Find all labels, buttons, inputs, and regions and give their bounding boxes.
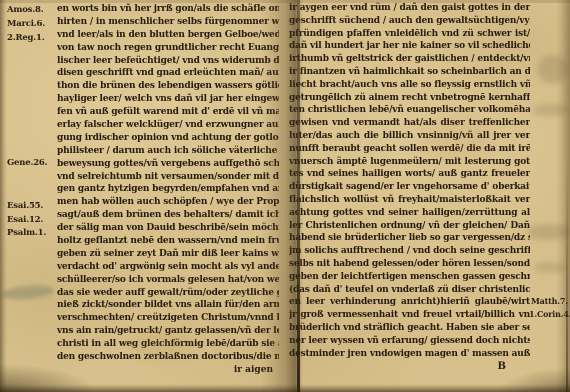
text-line: ir aygen eer vnd rüm / dañ den gaist got…	[289, 2, 530, 15]
text-line: en worts bin vñ her jrrß gon/als die sch…	[57, 3, 279, 16]
text-line: sagt/auß dem brünen des behalters/ damit…	[57, 209, 279, 222]
text-line: der sälig man von Dauid beschribē/sein m…	[57, 222, 279, 235]
text-line: irthumb vñ geltstrick der gaistlichen / …	[289, 53, 530, 66]
text-line: dañ vil hundert jar her nie kainer so vi…	[289, 40, 530, 53]
text-line: vnuersch ämptē lugenmeülern/ mit lesteru…	[289, 156, 530, 169]
text-line: holtz geflantzt nebē den wassern/vnd mei…	[57, 235, 279, 248]
page-edge-left	[0, 0, 7, 392]
text-line: vnd selreichtumb nit versaumen/sonder mi…	[57, 171, 279, 184]
text-line: destminder jren vndowigen magen d' masse…	[289, 348, 530, 361]
margin-note-reg: 2.Reg.1.	[7, 33, 45, 43]
stamp-ghost	[2, 284, 55, 301]
text-line: pfründigen pfaffen vnleidēlich vnd zü sc…	[289, 28, 530, 41]
text-line: nieß zickt/sonder bildet vns allain für/…	[57, 299, 279, 312]
page-left-lines: en worts bin vñ her jrrß gon/als die sch…	[57, 3, 279, 364]
foxing-spot	[420, 120, 490, 160]
margin-note-esai55: Esai.55.	[7, 201, 43, 211]
text-line: dürstigkait sagend/er ler vngehorsame d'…	[289, 181, 530, 194]
text-line: gung irdischer opinion vnd achtung der g…	[57, 132, 279, 145]
margin-note-gene: Gene.26.	[7, 158, 47, 168]
text-line: disen geschrifft vnd gnad erleüchten mañ…	[57, 67, 279, 80]
text-line: getrungēlich zü ainem recht vnbetrognē k…	[289, 92, 530, 105]
text-line: verschmechten/ creützigeten Christum/vnn…	[57, 312, 279, 325]
text-line: achtung gottes vnd seiner hailigen/zerrü…	[289, 207, 530, 220]
foxing-spot	[130, 330, 190, 360]
margin-note-amos: Amos.8.	[7, 5, 43, 15]
text-line: luter/das auch die billich vnsinnig/vñ a…	[289, 130, 530, 143]
text-line: erlay falscher welcklüger/ vnd erzwungne…	[57, 119, 279, 132]
text-line: flaichslich wollüst vñ freyhait/maisterl…	[289, 194, 530, 207]
text-line: verdacht od' argwönig sein mocht als vyl…	[57, 261, 279, 274]
text-line: en leer verhinderung anricht)hieriñ glau…	[289, 296, 530, 309]
text-line: das sie weder auff gewalt/rüm/oder zeytl…	[57, 287, 279, 300]
text-line: ir finantzen vñ haimlichkait so scheinba…	[289, 66, 530, 79]
text-line: philisteer / darum auch ich söliche väte…	[57, 145, 279, 158]
book-scan: en worts bin vñ her jrrß gon/als die sch…	[0, 0, 570, 392]
text-line: fen vñ auß gefült warend mit d' erdē vil…	[57, 106, 279, 119]
text-line: men hab wöllen auch schöpfen / wye der P…	[57, 196, 279, 209]
text-line: ner leer wyssen vñ erfarung/ giessend do…	[289, 335, 530, 348]
signature-mark: B	[289, 360, 530, 373]
text-line: ten christlichen lebē/vñ euangelischer v…	[289, 104, 530, 117]
text-line: geschrifft süchend / auch den gewaltsüch…	[289, 15, 530, 28]
text-line: gewisen vnd vermandt hat/als diser treff…	[289, 117, 530, 130]
text-line: (das dañ d' teufel on vnderlaß zü diser …	[289, 284, 530, 297]
text-line: selbs nit habend gelessen/oder hören les…	[289, 258, 530, 271]
text-line: schülleerer/so ich vormals gelesen hat/v…	[57, 274, 279, 287]
text-line: vnd leer/als in den blutten bergen Gelbo…	[57, 29, 279, 42]
page-right-lines: ir aygen eer vnd rüm / dañ den gaist got…	[289, 2, 530, 360]
page-right-text-column: ir aygen eer vnd rüm / dañ den gaist got…	[289, 2, 530, 373]
text-line: jr groß vermessenhait vnd freuel vrtail/…	[289, 309, 530, 322]
fold-line	[297, 0, 300, 392]
text-line: hayliger leer/ welch vns dañ vil jar her…	[57, 93, 279, 106]
margin-note-esai12: Esai.12.	[7, 215, 43, 225]
text-line: thon die brünen des lebendigen wassers g…	[57, 80, 279, 93]
text-line: geben der leichtfertigen menschen gassen…	[289, 271, 530, 284]
corner-shadow-bottom-left	[0, 364, 95, 392]
text-line: ler Christenlichen ordnung/ vñ der gleic…	[289, 220, 530, 233]
text-line: brüderlich vnd sträflich geacht. Haben s…	[289, 322, 530, 335]
text-line: jm solichs aufftrechend / vnd doch seine…	[289, 245, 530, 258]
page-left-text-column: en worts bin vñ her jrrß gon/als die sch…	[57, 3, 279, 377]
text-line: geben zü seiner zeyt Dañ mir diß leer ka…	[57, 248, 279, 261]
text-line: beweysung gottes/vñ vergebens auffgethō …	[57, 158, 279, 171]
text-line: von taw noch regen grundtlicher recht Eu…	[57, 42, 279, 55]
corner-shadow-bottom-right	[500, 368, 570, 392]
margin-note-psalm: Psalm.1.	[7, 228, 46, 238]
text-line: nunfft beraubt geacht sollen werdē/ die …	[289, 143, 530, 156]
text-line: habend sie brüderlicher lieb so gar verg…	[289, 232, 530, 245]
text-line: hirten / in menschlicher selbs fürgenomn…	[57, 16, 279, 29]
page-edge-top	[0, 0, 570, 3]
text-line: lischer leer befeüchtiget/ vnd vns wider…	[57, 55, 279, 68]
margin-note-marci: Marci.6.	[7, 19, 45, 29]
page-edge-right-line	[566, 157, 568, 392]
text-line: gen gantz hytzigen begyrden/empfahen vnd…	[57, 183, 279, 196]
text-line: liecht bracht/auch vns alle so fleyssig …	[289, 79, 530, 92]
text-line: tes vnd seines hailigen worts/ auß gantz…	[289, 168, 530, 181]
